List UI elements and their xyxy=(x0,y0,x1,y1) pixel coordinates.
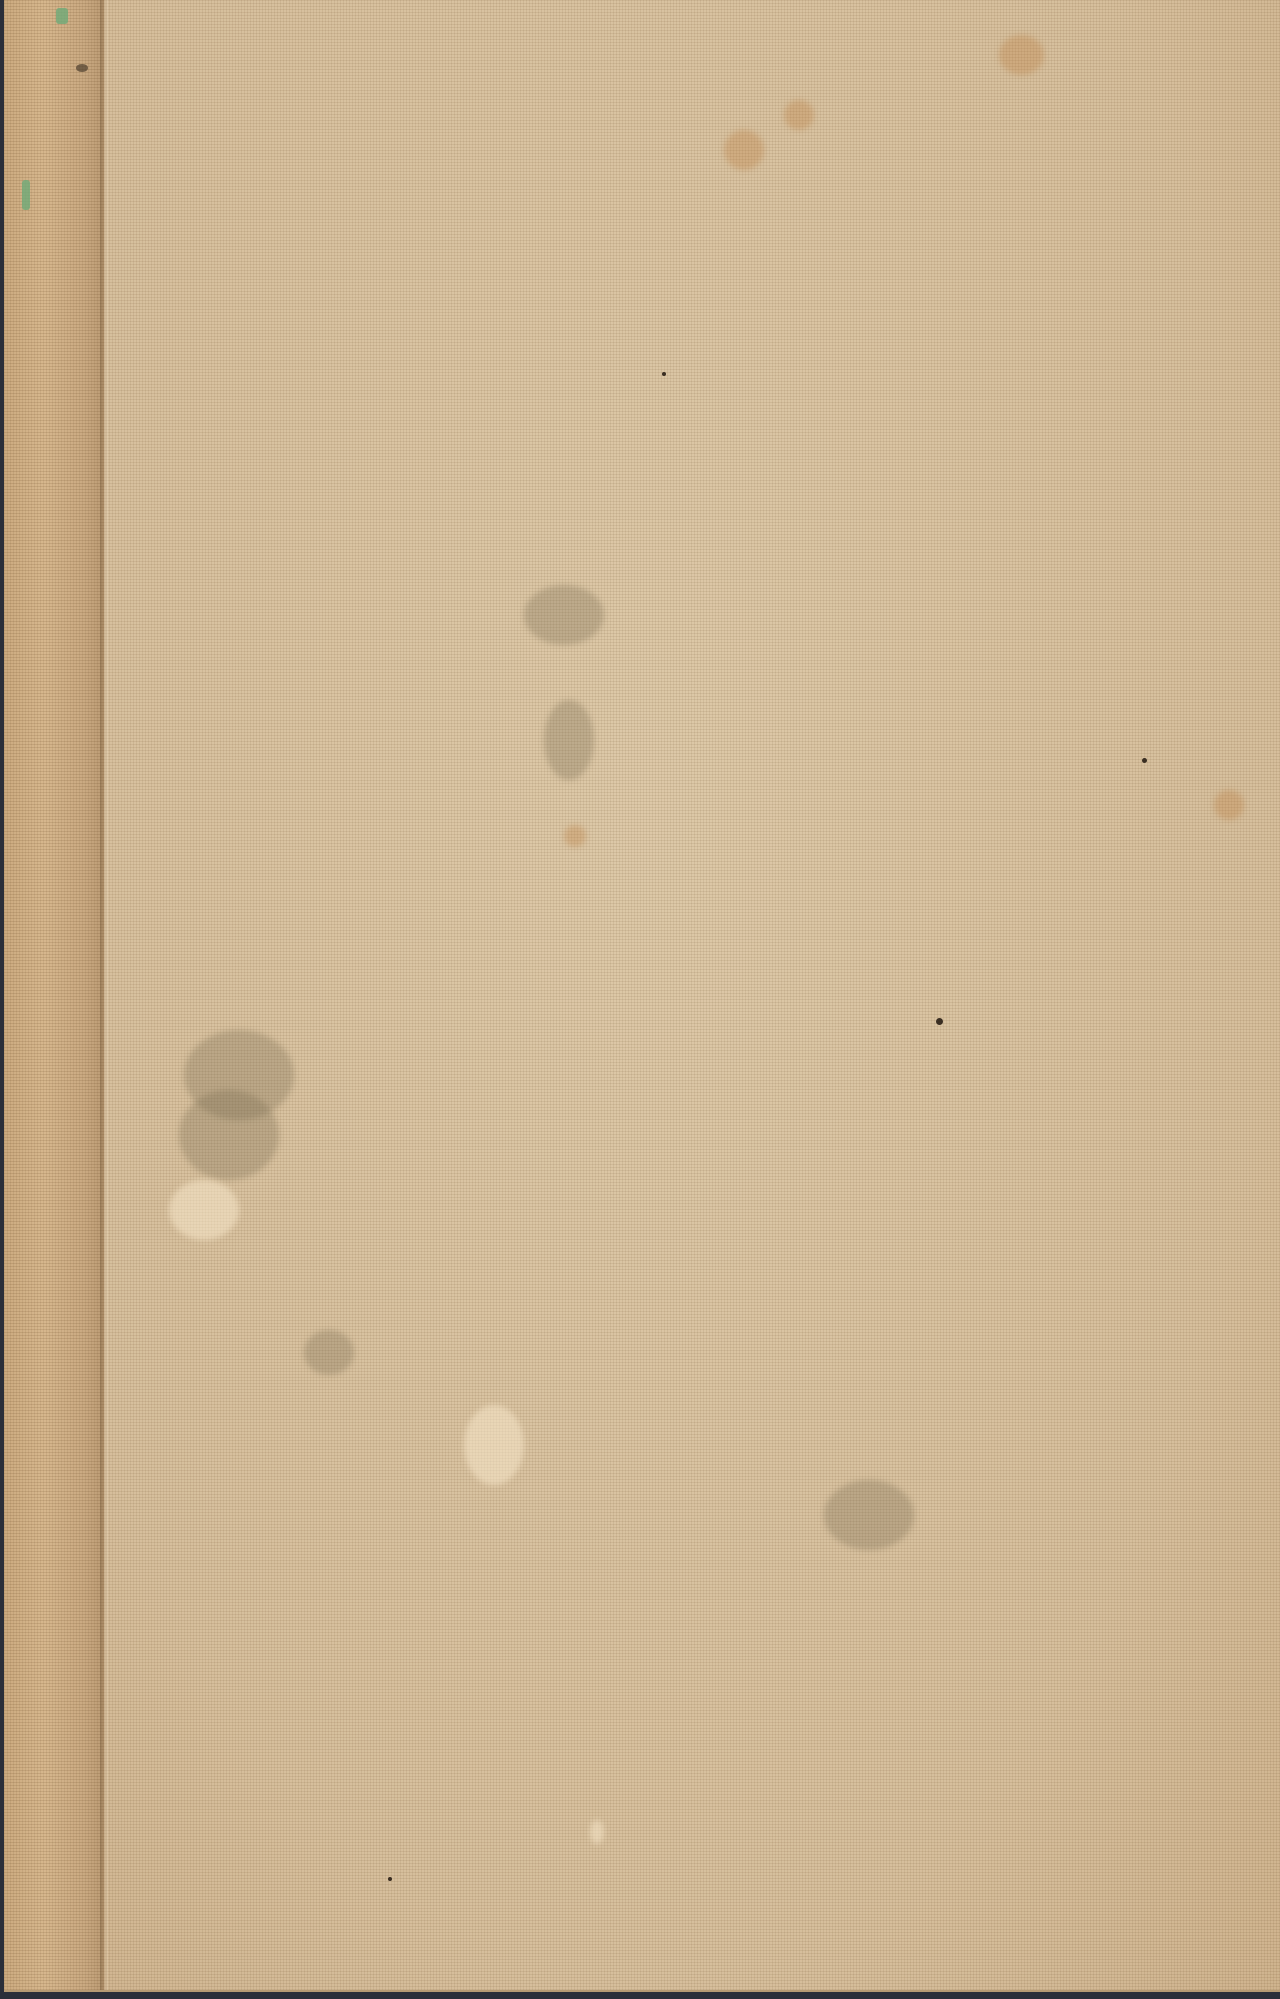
book-spine xyxy=(4,0,104,1990)
faded-spot xyxy=(464,1405,524,1485)
rust-spot xyxy=(564,825,586,847)
spine-hinge xyxy=(100,0,108,1990)
green-mark xyxy=(22,180,30,210)
water-stain xyxy=(544,700,594,780)
ink-speck xyxy=(662,372,666,376)
water-stain xyxy=(304,1330,354,1375)
water-stain xyxy=(524,585,604,645)
scanned-book-cover xyxy=(0,0,1280,1999)
faded-spot xyxy=(590,1820,604,1844)
ink-speck xyxy=(936,1018,943,1025)
ink-speck xyxy=(1142,758,1147,763)
cloth-front-board xyxy=(4,0,1280,1992)
green-mark xyxy=(56,8,68,24)
faded-spot xyxy=(169,1180,239,1240)
rust-spot xyxy=(999,35,1044,75)
rust-spot xyxy=(784,100,814,130)
water-stain xyxy=(179,1090,279,1180)
ink-speck xyxy=(76,64,88,72)
ink-speck xyxy=(388,1877,392,1881)
rust-spot xyxy=(1214,790,1244,820)
rust-spot xyxy=(724,130,764,170)
water-stain xyxy=(824,1480,914,1550)
